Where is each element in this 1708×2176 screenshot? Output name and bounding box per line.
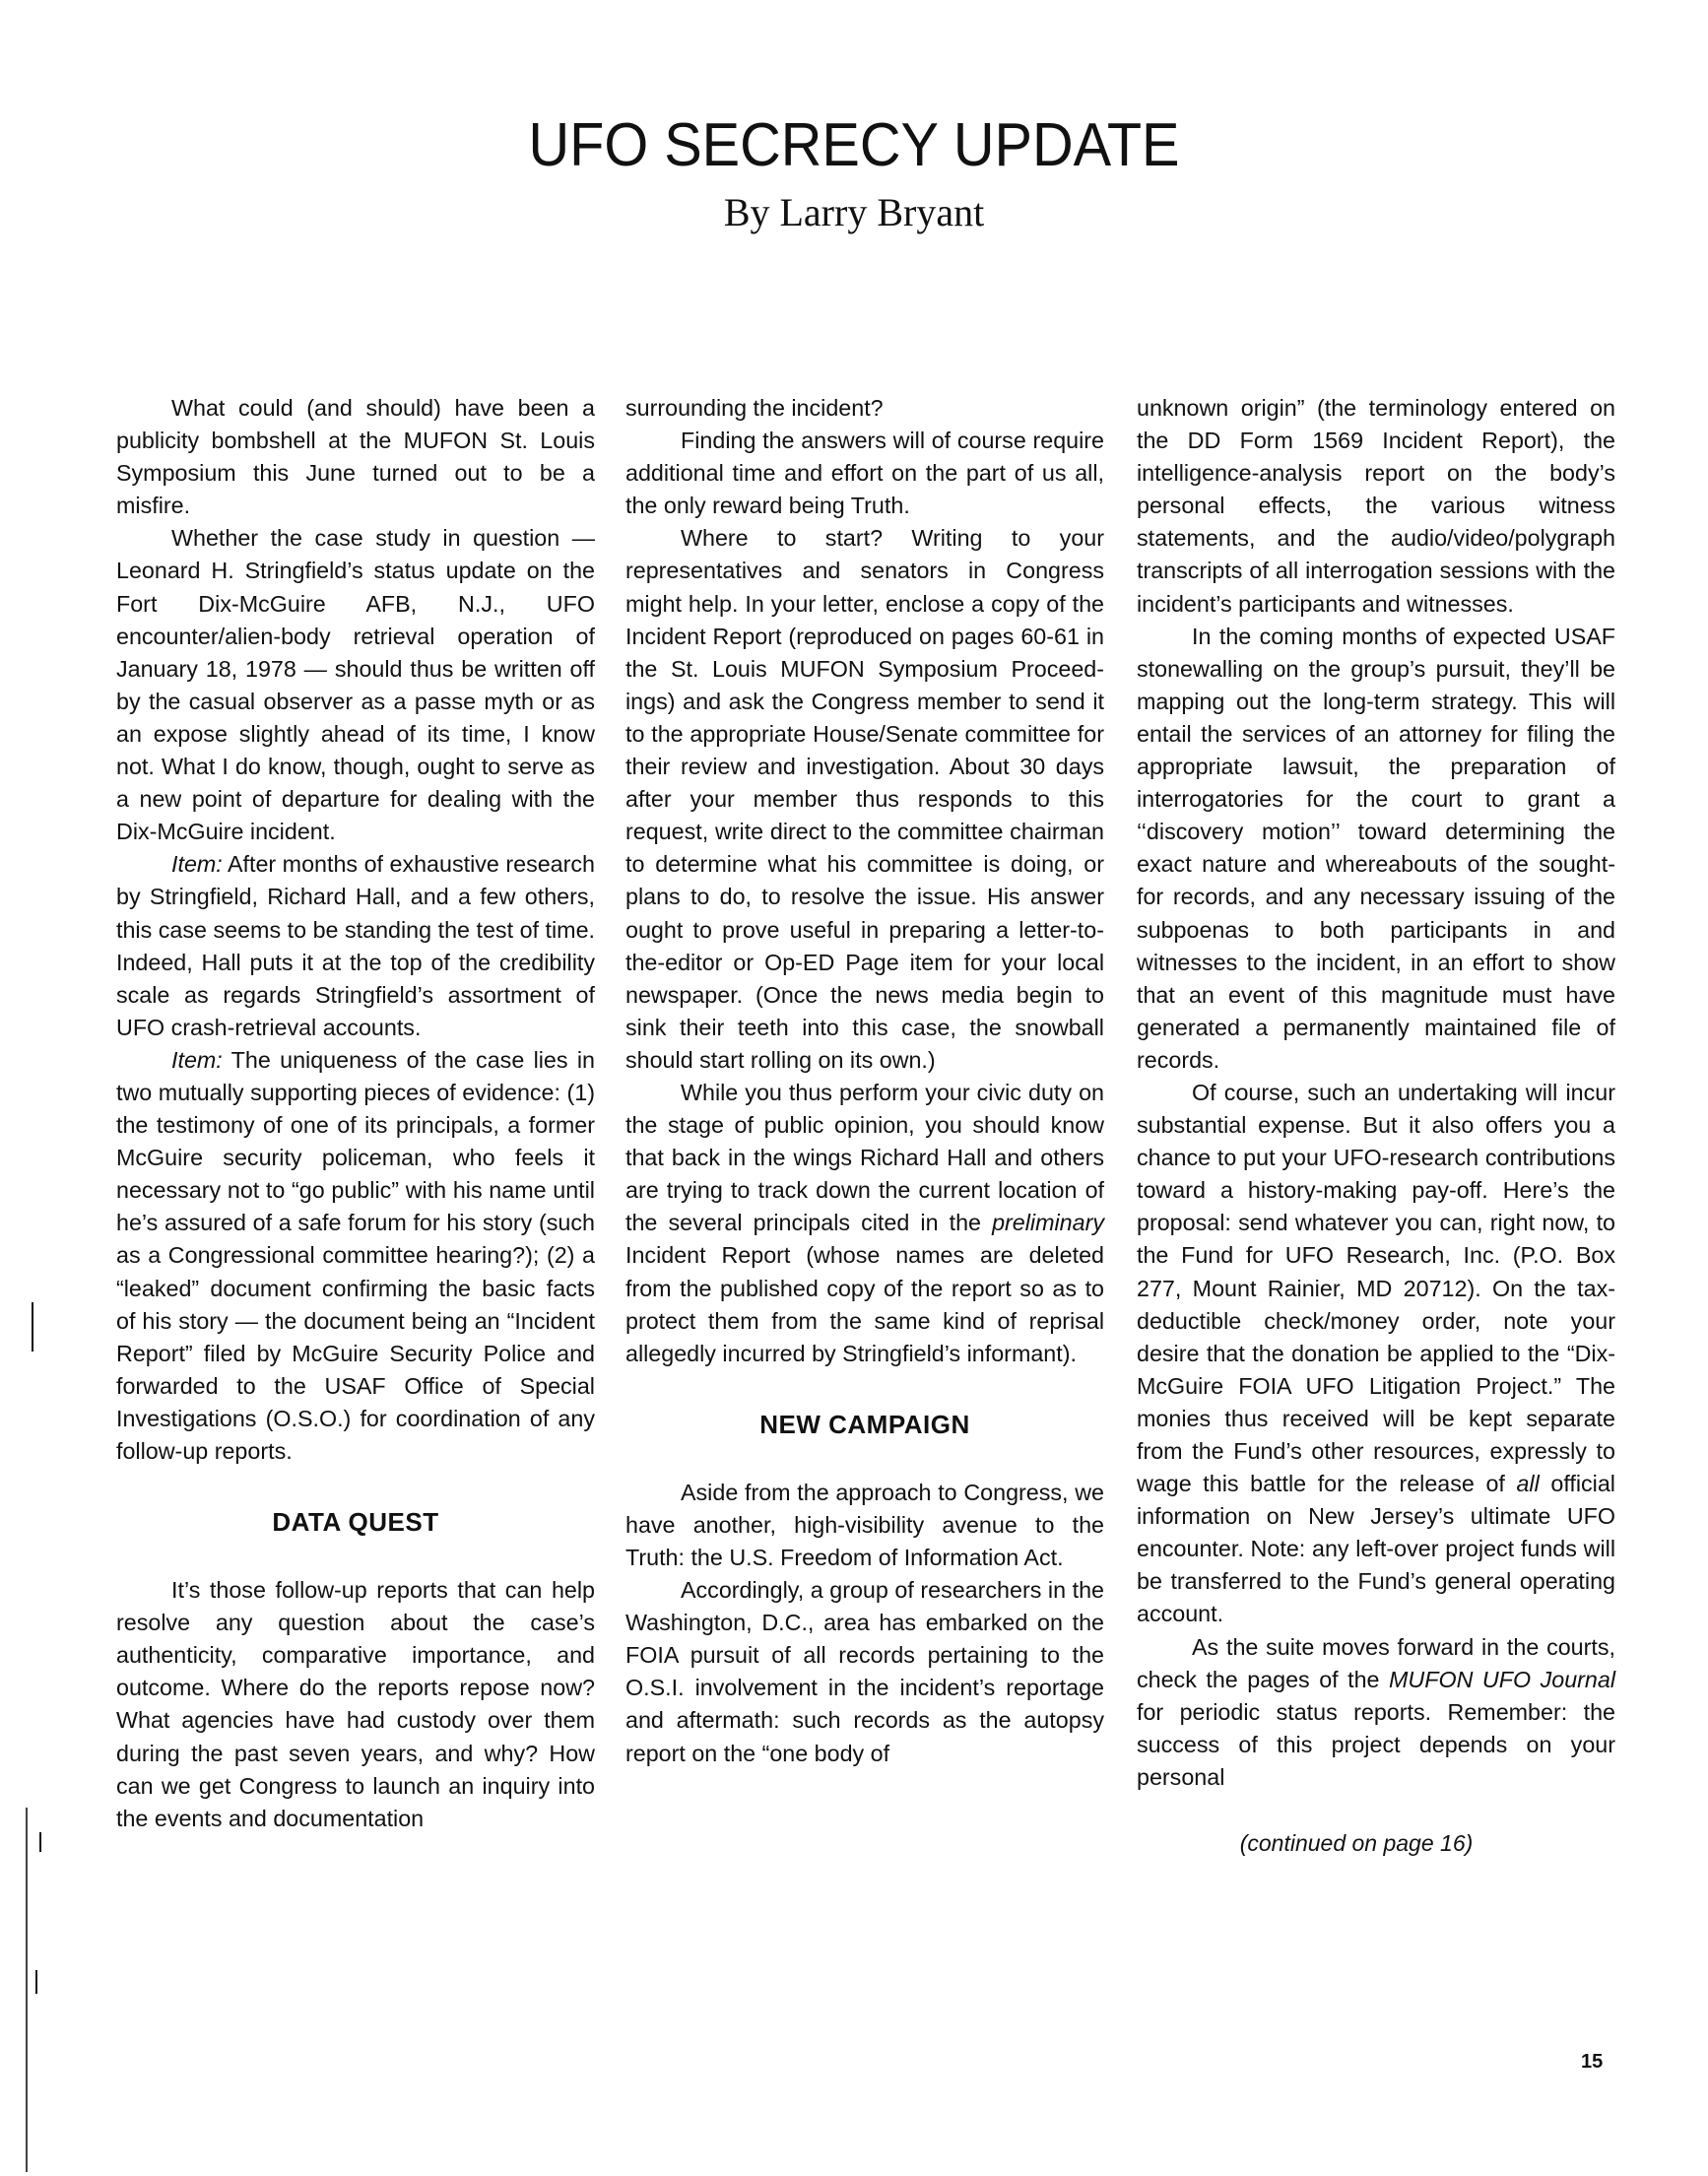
section-heading-data-quest: DATA QUEST <box>116 1505 595 1539</box>
paragraph: Finding the answers will of course requi… <box>625 425 1104 522</box>
paragraph: Accordingly, a group of researchers in t… <box>625 1574 1104 1770</box>
column-3: unknown origin” (the terminology entered… <box>1137 392 1615 1860</box>
magazine-page: UFO SECRECY UPDATE By Larry Bryant What … <box>0 0 1708 2176</box>
paragraph: As the suite moves forward in the courts… <box>1137 1631 1615 1794</box>
paragraph: unknown origin” (the terminology entered… <box>1137 392 1615 621</box>
scan-artifact <box>32 1302 33 1352</box>
paragraph: While you thus perform your civic duty o… <box>625 1077 1104 1370</box>
paragraph: Of course, such an undertaking will incu… <box>1137 1077 1615 1631</box>
item-label: Item: <box>171 851 223 877</box>
column-2: surrounding the incident? Finding the an… <box>625 392 1104 1770</box>
paragraph: In the coming months of expected USAF st… <box>1137 621 1615 1077</box>
scan-artifact <box>39 1832 41 1852</box>
continued-notice: (continued on page 16) <box>1137 1827 1615 1860</box>
paragraph: Whether the case study in question — Leo… <box>116 522 595 848</box>
paragraph: Item: After months of exhaustive researc… <box>116 848 595 1044</box>
article-title: UFO SECRECY UPDATE <box>60 110 1649 181</box>
section-heading-new-campaign: NEW CAMPAIGN <box>625 1408 1104 1441</box>
article-byline: By Larry Bryant <box>0 189 1708 236</box>
paragraph: surrounding the incident? <box>625 392 1104 425</box>
column-1: What could (and should) have been a publ… <box>116 392 595 1835</box>
paragraph: It’s those follow-up reports that can he… <box>116 1574 595 1835</box>
paragraph: Item: The uniqueness of the case lies in… <box>116 1044 595 1468</box>
scan-artifact <box>26 1808 28 2172</box>
item-label: Item: <box>171 1047 223 1073</box>
paragraph: Where to start? Writing to your represen… <box>625 522 1104 1077</box>
paragraph: Aside from the approach to Congress, we … <box>625 1477 1104 1574</box>
scan-artifact <box>35 1970 37 1994</box>
paragraph: What could (and should) have been a publ… <box>116 392 595 522</box>
page-number: 15 <box>1581 2051 1603 2074</box>
